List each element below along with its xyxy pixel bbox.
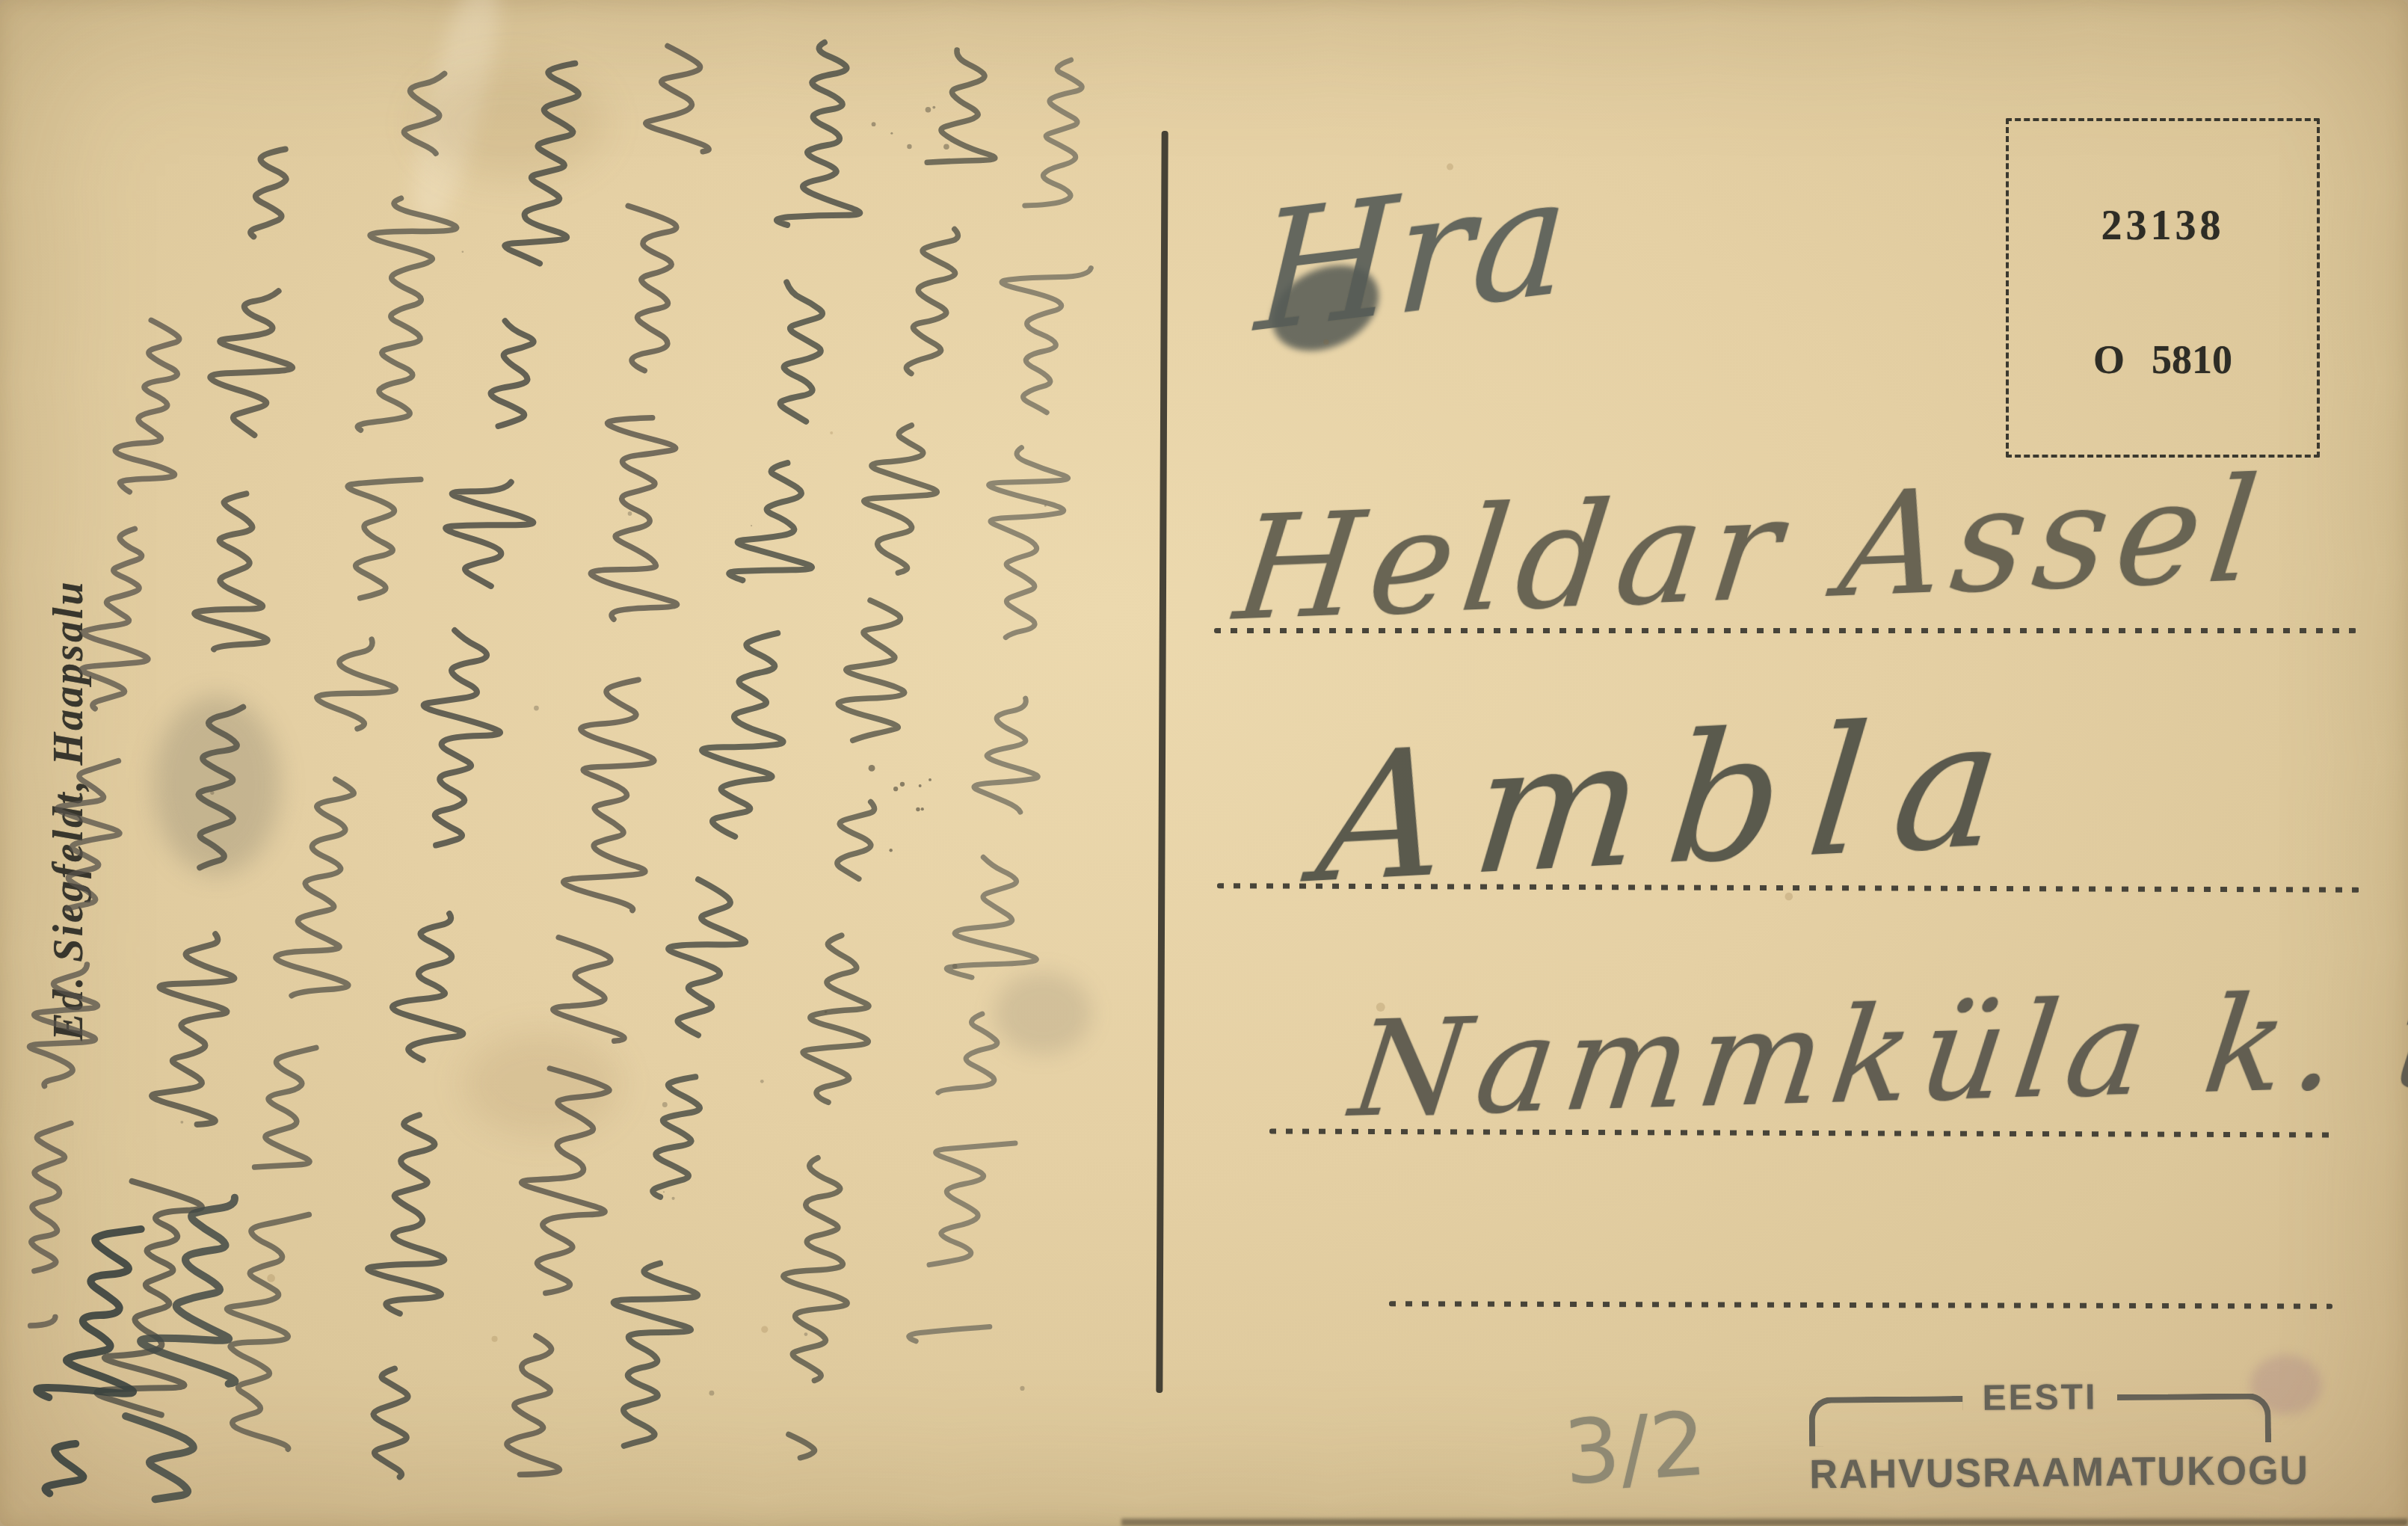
shelf-mark-number: 5810 bbox=[2152, 336, 2232, 383]
paper-stain bbox=[419, 67, 606, 179]
library-stamp-top-text: EESTI bbox=[1971, 1376, 2107, 1419]
address-name: Heldar Assel bbox=[1228, 447, 2274, 653]
stamp-box-number: 23138 bbox=[2009, 202, 2317, 250]
address-village-line: Nammküla k. t bbox=[1343, 964, 2408, 1147]
address-salutation: Hra bbox=[1252, 141, 1573, 369]
address-dotted-line-4 bbox=[1389, 1301, 2332, 1308]
center-divider-line bbox=[1156, 131, 1168, 1393]
paper-stain bbox=[464, 1032, 621, 1136]
ink-smudge bbox=[153, 695, 280, 875]
publisher-imprint: Ed. Siegfeldt, Haapsalu bbox=[45, 579, 93, 1041]
stamp-bracket-left bbox=[1809, 1396, 1964, 1447]
library-stamp: EESTI RAHVUSRAAMATUKOGU bbox=[1808, 1375, 2271, 1497]
postcard-scan: Ed. Siegfeldt, Haapsalu 23138 O 5810 Hra… bbox=[0, 0, 2408, 1526]
scan-edge-shadow bbox=[1121, 1519, 2408, 1526]
shelf-mark-prefix: O bbox=[2093, 336, 2125, 383]
paper-crease bbox=[401, 0, 511, 227]
stamp-box: 23138 O 5810 bbox=[2006, 118, 2320, 458]
shelf-mark: O 5810 bbox=[2009, 336, 2317, 383]
library-stamp-top-row: EESTI bbox=[1808, 1375, 2271, 1446]
pencil-note: 3/2 bbox=[1560, 1392, 1709, 1505]
library-stamp-bottom-text: RAHVUSRAAMATUKOGU bbox=[1809, 1447, 2272, 1498]
stamp-bracket-right bbox=[2117, 1393, 2272, 1444]
address-locality: Ambla bbox=[1309, 680, 2039, 923]
paper-stain bbox=[994, 972, 1091, 1054]
